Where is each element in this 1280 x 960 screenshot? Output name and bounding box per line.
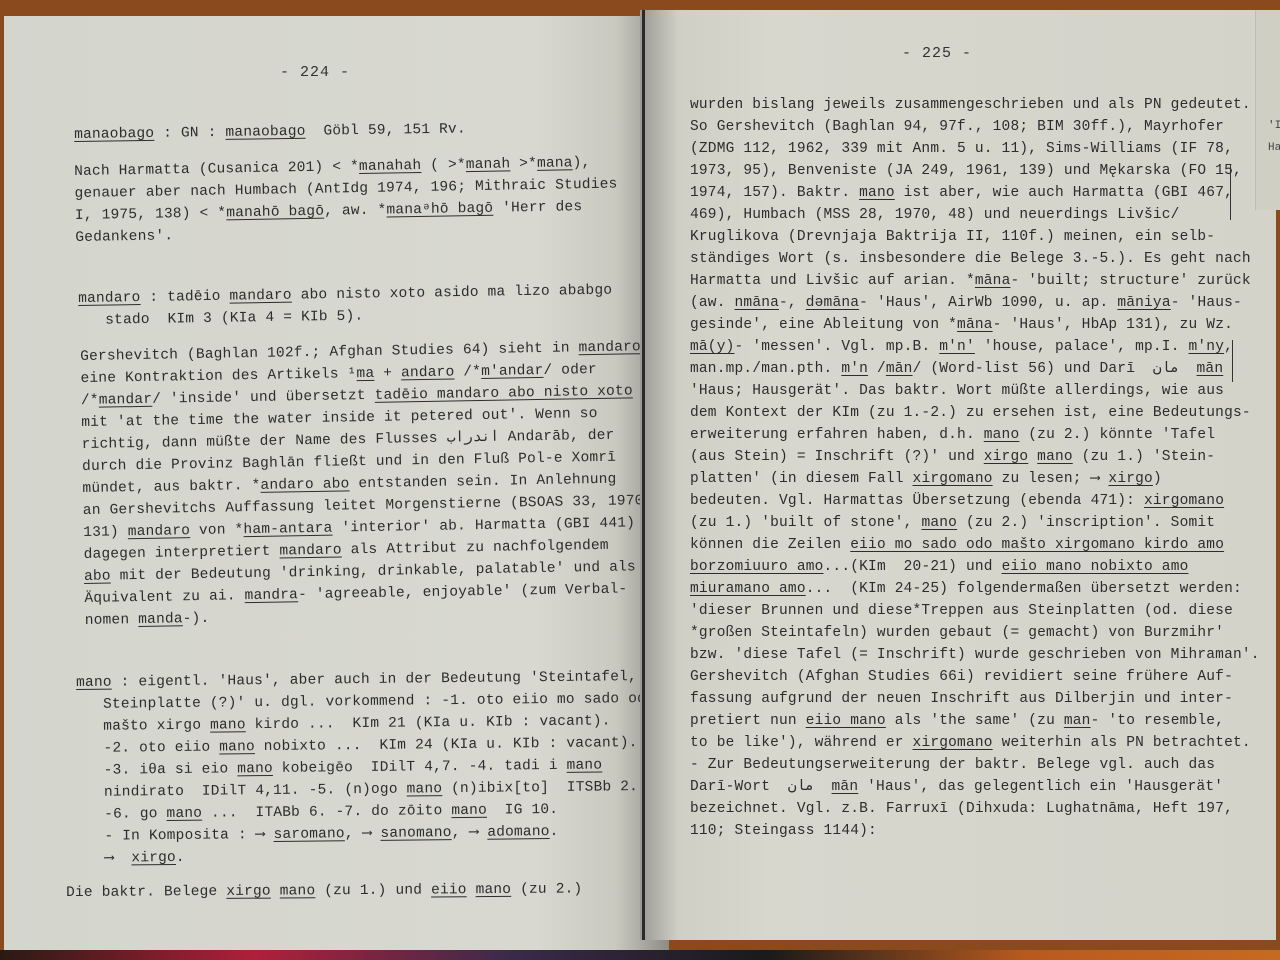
text-line: manaobago : GN : manaobago Göbl 59, 151 … — [74, 119, 466, 146]
right-page-text: wurden bislang jeweils zusammengeschrieb… — [690, 94, 1260, 842]
text-line: können die Zeilen eiio mo sado odo mašto… — [690, 534, 1260, 556]
text-line: erweiterung erfahren haben, d.h. mano (z… — [690, 424, 1260, 446]
text-line: ständiges Wort (s. insbesondere die Bele… — [690, 248, 1260, 270]
text-line: platten' (in diesem Fall xirgomano zu le… — [690, 468, 1260, 490]
text-line: Gershevitch (Afghan Studies 66i) revidie… — [690, 666, 1260, 688]
text-line: mā(y)- 'messen'. Vgl. mp.B. m'n' 'house,… — [690, 336, 1260, 358]
text-line: (aw. nmāna-, dəmāna- 'Haus', AirWb 1090,… — [690, 292, 1260, 314]
text-line: fassung aufgrund der neuen Inschrift aus… — [690, 688, 1260, 710]
text-line: ⟶ xirgo. — [78, 842, 657, 870]
next-page-edge: 'I Ha — [1255, 10, 1280, 210]
text-line: Die baktr. Belege xirgo mano (zu 1.) und… — [66, 878, 582, 904]
text-line: *großen Steintafeln) wurden gebaut (= ge… — [690, 622, 1260, 644]
left-page: - 224 - manaobago : GN : manaobago Göbl … — [4, 16, 669, 950]
page-number-left: - 224 - — [280, 64, 350, 81]
text-line: - Zur Bedeutungserweiterung der baktr. B… — [690, 754, 1260, 776]
text-line: 1973, 95), Benveniste (JA 249, 1961, 139… — [690, 160, 1260, 182]
entry-block: Die baktr. Belege xirgo mano (zu 1.) und… — [66, 878, 582, 904]
entry-block: mano : eigentl. 'Haus', aber auch in der… — [76, 666, 657, 870]
text-line: (aus Stein) = Inschrift (?)' und xirgo m… — [690, 446, 1260, 468]
text-line: Darī-Wort مان mān 'Haus', das gelegentli… — [690, 776, 1260, 798]
text-line: Harmatta und Livšic auf arian. *māna- 'b… — [690, 270, 1260, 292]
margin-mark — [1232, 340, 1233, 382]
text-line: Kruglikova (Drevnjaja Baktrija II, 110f.… — [690, 226, 1260, 248]
text-line: gesinde', eine Ableitung von *māna- 'Hau… — [690, 314, 1260, 336]
gutter-line — [642, 10, 645, 940]
table-surface — [0, 950, 1280, 960]
text-line: pretiert nun eiio mano als 'the same' (z… — [690, 710, 1260, 732]
text-line: 'Haus; Hausgerät'. Das baktr. Wort müßte… — [690, 380, 1260, 402]
text-line: bedeuten. Vgl. Harmattas Übersetzung (eb… — [690, 490, 1260, 512]
text-line: (zu 1.) 'built of stone', mano (zu 2.) '… — [690, 512, 1260, 534]
text-line: 110; Steingass 1144): — [690, 820, 1260, 842]
entry-block: manaobago : GN : manaobago Göbl 59, 151 … — [74, 119, 466, 146]
text-line: man.mp./man.pth. m'n /mān/ (Word-list 56… — [690, 358, 1260, 380]
page-number-right: - 225 - — [902, 45, 972, 62]
text-line: dem Kontext der KIm (zu 1.-2.) zu ersehe… — [690, 402, 1260, 424]
text-line: So Gershevitch (Baghlan 94, 97f., 108; B… — [690, 116, 1260, 138]
text-line: (ZDMG 112, 1962, 339 mit Anm. 5 u. 11), … — [690, 138, 1260, 160]
edge-fragment: 'I — [1268, 120, 1280, 132]
margin-mark — [1230, 165, 1231, 220]
text-line: 'dieser Brunnen und diese*Treppen aus St… — [690, 600, 1260, 622]
text-line: wurden bislang jeweils zusammengeschrieb… — [690, 94, 1260, 116]
text-line: 1974, 157). Baktr. mano ist aber, wie au… — [690, 182, 1260, 204]
text-line: bzw. 'diese Tafel (= Inschrift) wurde ge… — [690, 644, 1260, 666]
entry-block: Gershevitch (Baghlan 102f.; Afghan Studi… — [80, 336, 655, 632]
right-page: - 225 - wurden bislang jeweils zusammeng… — [640, 10, 1276, 940]
entry-block: Nach Harmatta (Cusanica 201) < *manahah … — [74, 152, 618, 249]
text-line: borzomiuuro amo...(KIm 20-21) und eiio m… — [690, 556, 1260, 578]
entry-block: mandaro : tadēio mandaro abo nisto xoto … — [78, 280, 613, 332]
edge-fragment: Ha — [1268, 142, 1280, 154]
text-line: 469), Humbach (MSS 28, 1970, 48) und neu… — [690, 204, 1260, 226]
text-line: bezeichnet. Vgl. z.B. Farruxī (Dihxuda: … — [690, 798, 1260, 820]
text-line: miuramano amo... (KIm 24-25) folgenderma… — [690, 578, 1260, 600]
text-line: to be like'), während er xirgomano weite… — [690, 732, 1260, 754]
